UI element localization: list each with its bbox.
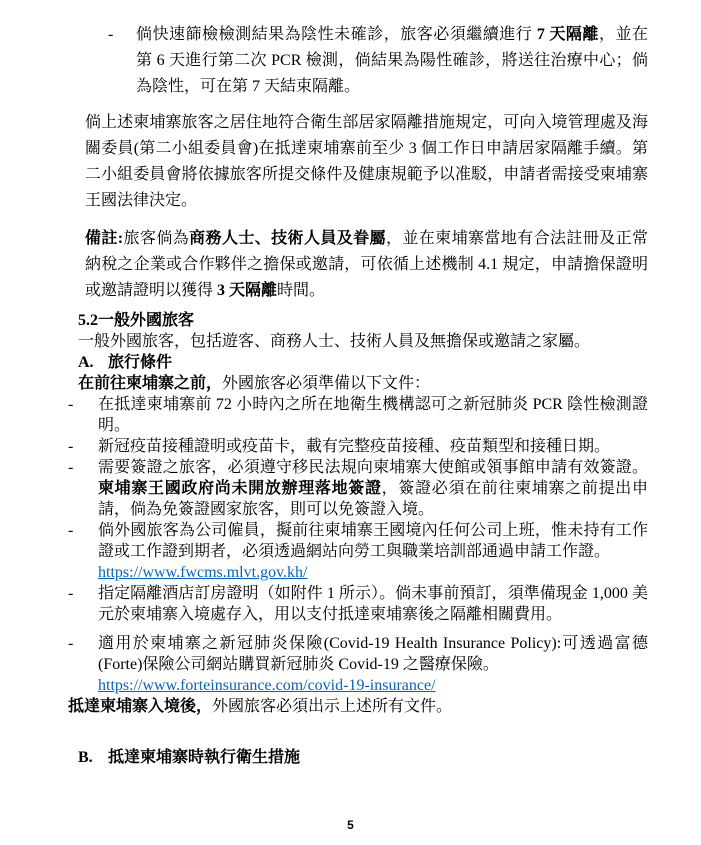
heading-a-title: 旅行條件: [108, 352, 172, 373]
before-departure-bold: 在前往柬埔寨之前，: [78, 375, 222, 392]
note-t3: 時間。: [277, 282, 325, 299]
bullet-dash: -: [68, 583, 98, 625]
bullet-text-pre: 倘快速篩檢檢測結果為陰性未確診，旅客必須繼續進行: [136, 26, 537, 43]
insurance-text: 適用於柬埔寨之新冠肺炎保險(Covid-19 Health Insurance …: [98, 635, 648, 673]
document-page: - 倘快速篩檢檢測結果為陰性未確診，旅客必須繼續進行 7 天隔離，並在第 6 天…: [0, 0, 701, 768]
before-departure-lead: 在前往柬埔寨之前，外國旅客必須準備以下文件：: [78, 373, 648, 394]
note-label: 備註:: [85, 230, 123, 247]
requirement-vaccine-card-text: 新冠疫苗接種證明或疫苗卡，載有完整疫苗接種、疫苗類型和接種日期。: [98, 436, 648, 457]
forte-insurance-link[interactable]: https://www.forteinsurance.com/covid-19-…: [98, 675, 436, 696]
heading-a-travel-conditions: A. 旅行條件: [78, 352, 648, 373]
note-bold-3days: 3 天隔離: [217, 282, 277, 299]
heading-b-letter: B.: [78, 747, 108, 768]
visa-text-bold-no-voa: 柬埔寨王國政府尚未開放辦理落地簽證: [98, 480, 382, 497]
heading-5-2: 5.2一般外國旅客: [78, 310, 648, 331]
lower-section: 5.2一般外國旅客 一般外國旅客，包括遊客、商務人士、技術人員及無擔保或邀請之家…: [68, 310, 648, 768]
heading-b-health-measures: B. 抵達柬埔寨時執行衛生措施: [78, 747, 648, 768]
upper-section: - 倘快速篩檢檢測結果為陰性未確診，旅客必須繼續進行 7 天隔離，並在第 6 天…: [68, 22, 648, 304]
rapid-test-bullet-text: 倘快速篩檢檢測結果為陰性未確診，旅客必須繼續進行 7 天隔離，並在第 6 天進行…: [136, 22, 648, 100]
bullet-dash: -: [68, 436, 98, 457]
after-arrival-bold: 抵達柬埔寨入境後，: [68, 698, 212, 715]
bullet-dash: -: [108, 22, 136, 100]
fwcms-link[interactable]: https://www.fwcms.mlvt.gov.kh/: [98, 562, 307, 583]
work-permit-text: 倘外國旅客為公司僱員，擬前往柬埔寨王國境內任何公司上班，惟未持有工作證或工作證到…: [98, 522, 648, 560]
rapid-test-bullet: - 倘快速篩檢檢測結果為陰性未確診，旅客必須繼續進行 7 天隔離，並在第 6 天…: [108, 22, 648, 100]
requirement-covid-insurance-text: 適用於柬埔寨之新冠肺炎保險(Covid-19 Health Insurance …: [98, 633, 648, 696]
page-number: 5: [0, 818, 701, 832]
home-quarantine-paragraph: 倘上述柬埔寨旅客之居住地符合衛生部居家隔離措施規定，可向入境管理處及海關委員(第…: [85, 110, 648, 214]
bullet-dash: -: [68, 457, 98, 520]
note-bold-personnel: 商務人士、技術人員及眷屬: [189, 230, 386, 247]
requirement-hotel-booking-text: 指定隔離酒店訂房證明（如附件 1 所示）。倘未事前預訂，須準備現金 1,000 …: [98, 583, 648, 625]
before-departure-rest: 外國旅客必須準備以下文件：: [222, 375, 430, 392]
visa-text-pre: 需要簽證之旅客，必須遵守移民法規向柬埔寨大使館或領事館申請有效簽證。: [98, 459, 648, 476]
requirement-visa: - 需要簽證之旅客，必須遵守移民法規向柬埔寨大使館或領事館申請有效簽證。柬埔寨王…: [68, 457, 648, 520]
note-t1: 旅客倘為: [123, 230, 189, 247]
heading-a-letter: A.: [78, 352, 108, 373]
requirement-covid-insurance: - 適用於柬埔寨之新冠肺炎保險(Covid-19 Health Insuranc…: [68, 633, 648, 696]
heading-b-title: 抵達柬埔寨時執行衛生措施: [108, 747, 300, 768]
bullet-dash: -: [68, 394, 98, 436]
bullet-dash: -: [68, 520, 98, 583]
requirement-pcr-test: - 在抵達柬埔寨前 72 小時內之所在地衛生機構認可之新冠肺炎 PCR 陰性檢測…: [68, 394, 648, 436]
requirement-hotel-booking: - 指定隔離酒店訂房證明（如附件 1 所示）。倘未事前預訂，須準備現金 1,00…: [68, 583, 648, 625]
note-paragraph: 備註:旅客倘為商務人士、技術人員及眷屬，並在柬埔寨當地有合法註冊及正常納稅之企業…: [85, 226, 648, 304]
after-arrival-paragraph: 抵達柬埔寨入境後，外國旅客必須出示上述所有文件。: [68, 696, 648, 717]
requirement-visa-text: 需要簽證之旅客，必須遵守移民法規向柬埔寨大使館或領事館申請有效簽證。柬埔寨王國政…: [98, 457, 648, 520]
requirement-work-permit-text: 倘外國旅客為公司僱員，擬前往柬埔寨王國境內任何公司上班，惟未持有工作證或工作證到…: [98, 520, 648, 583]
bullet-text-bold-7days: 7 天隔離: [537, 26, 599, 43]
after-arrival-rest: 外國旅客必須出示上述所有文件。: [212, 698, 452, 715]
requirement-vaccine-card: - 新冠疫苗接種證明或疫苗卡，載有完整疫苗接種、疫苗類型和接種日期。: [68, 436, 648, 457]
bullet-dash: -: [68, 633, 98, 696]
requirement-pcr-test-text: 在抵達柬埔寨前 72 小時內之所在地衛生機構認可之新冠肺炎 PCR 陰性檢測證明…: [98, 394, 648, 436]
requirement-work-permit: - 倘外國旅客為公司僱員，擬前往柬埔寨王國境內任何公司上班，惟未持有工作證或工作…: [68, 520, 648, 583]
general-foreign-travelers-paragraph: 一般外國旅客，包括遊客、商務人士、技術人員及無擔保或邀請之家屬。: [78, 331, 648, 352]
